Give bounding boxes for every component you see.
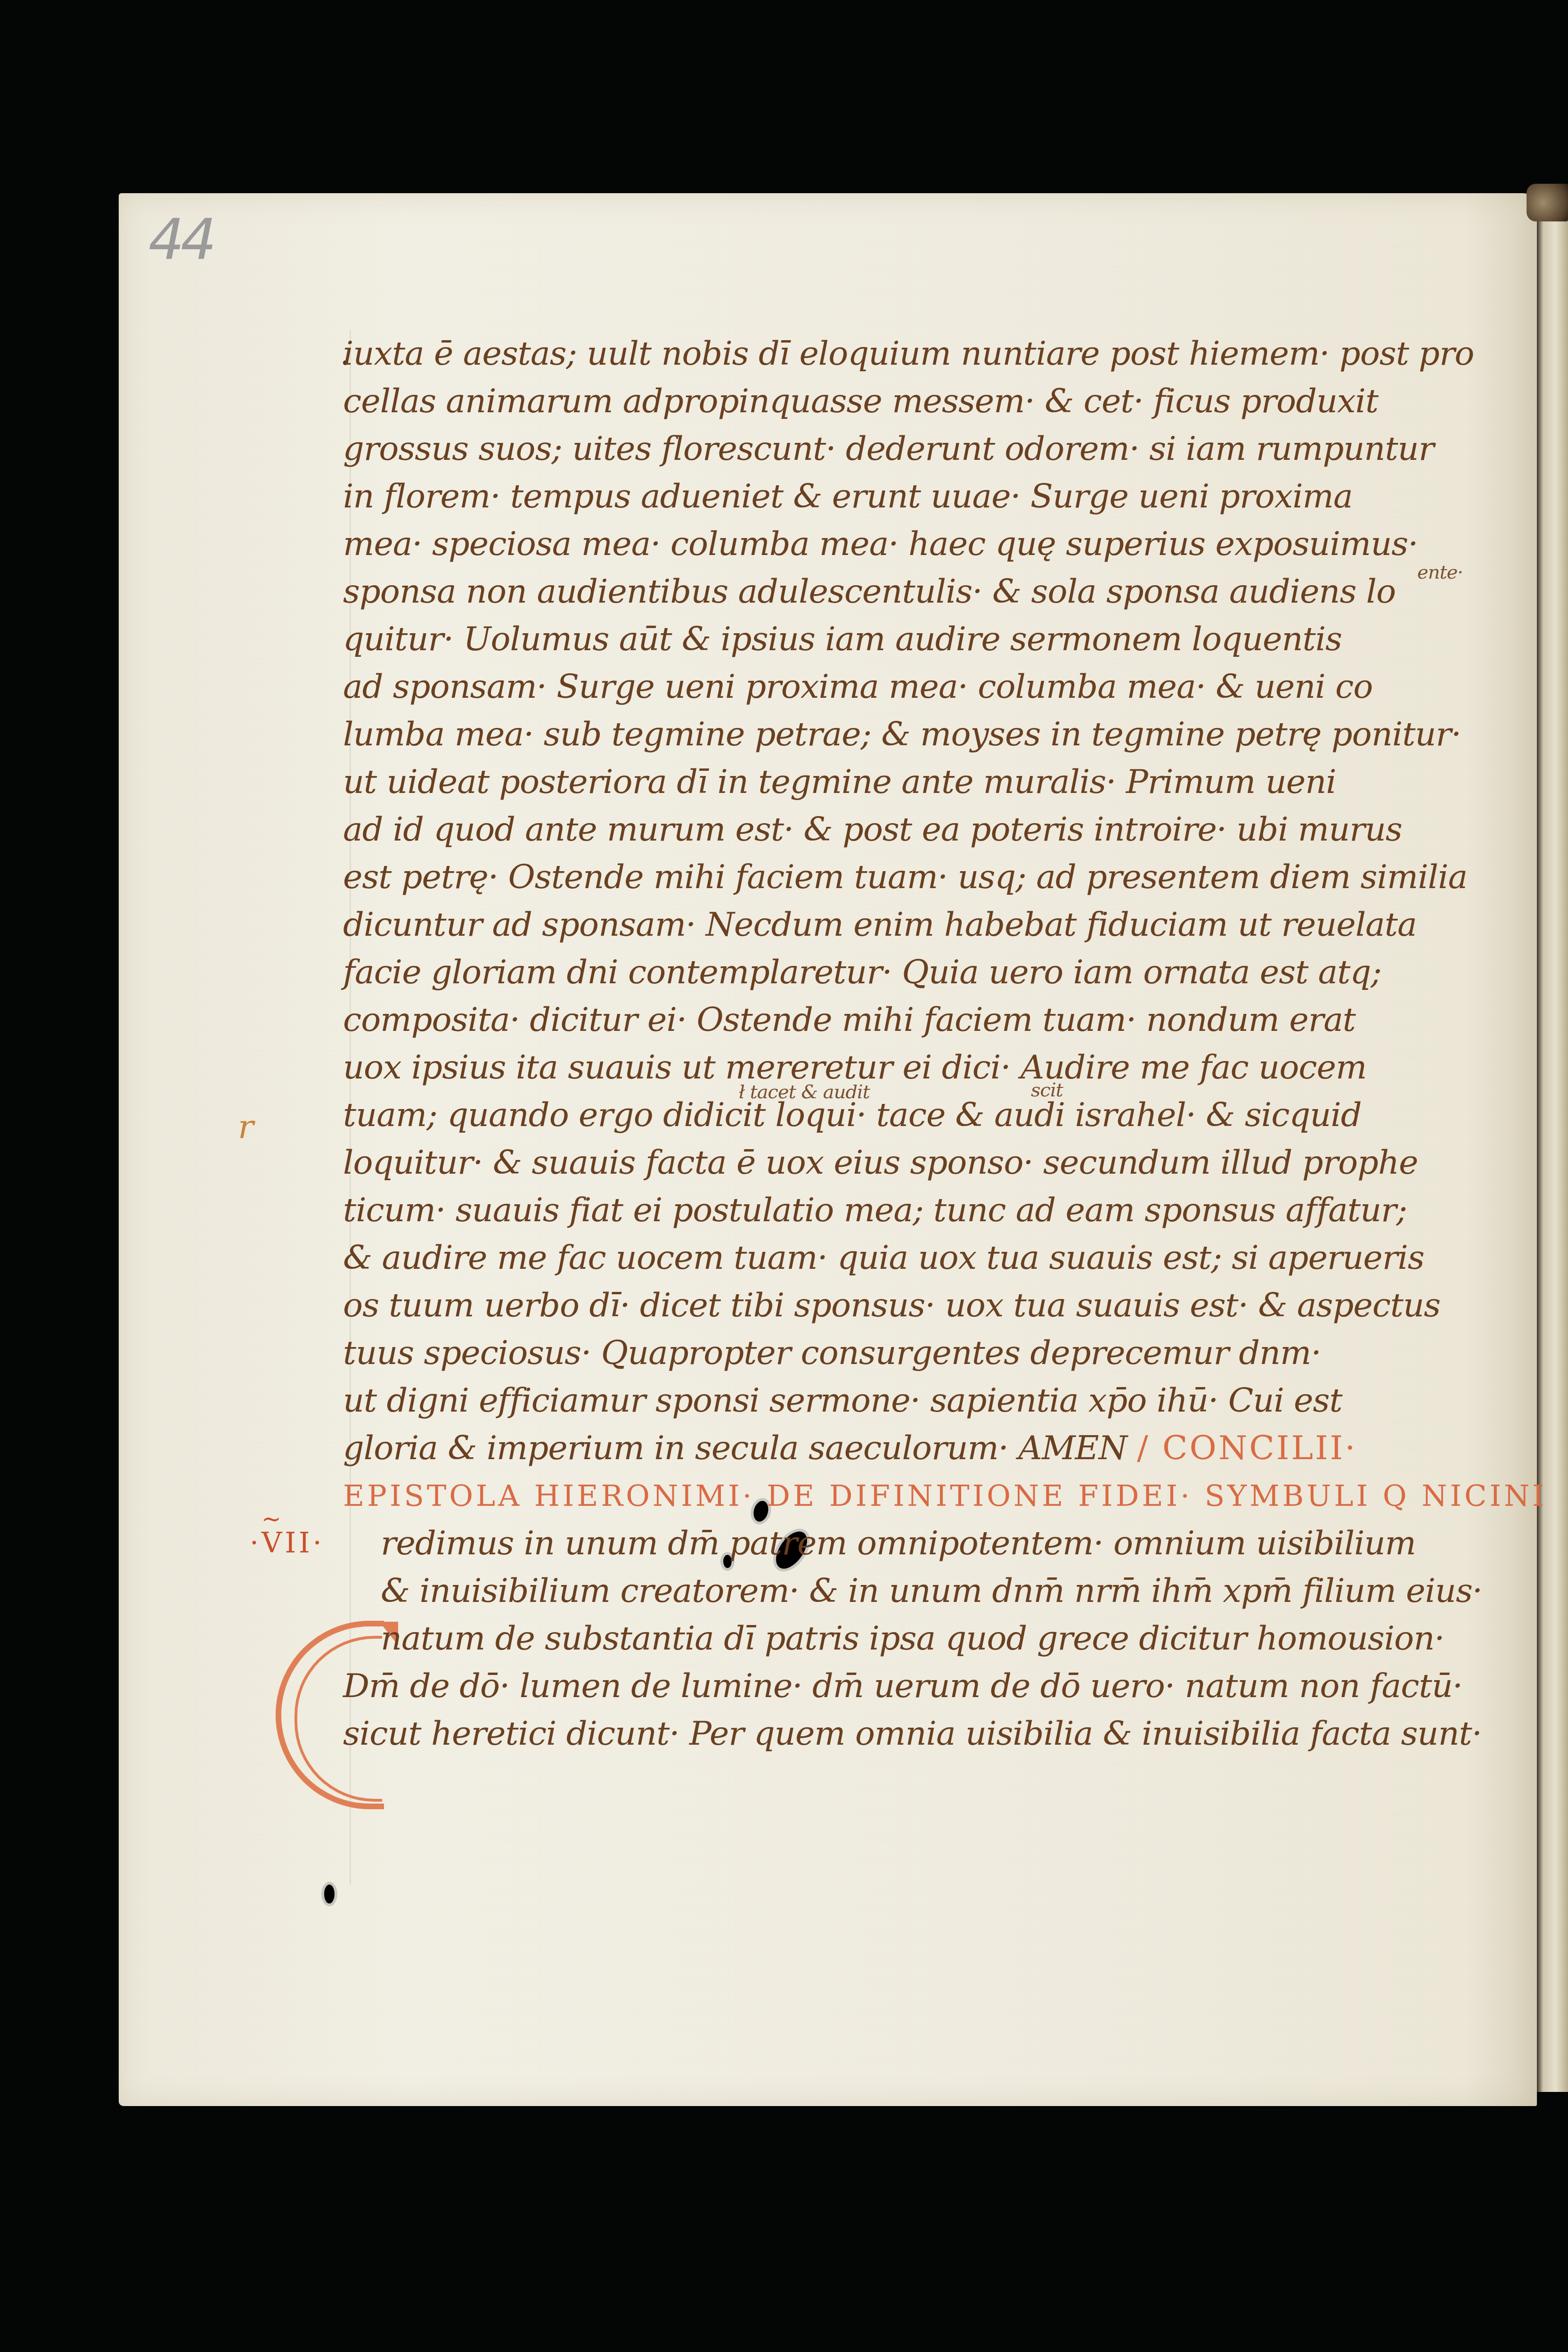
text-line: dicuntur ad sponsam· Necdum enim habebat… — [343, 901, 1488, 948]
text-line: sicut heretici dicunt· Per quem omnia ui… — [343, 1710, 1488, 1757]
text-line: tuam; quando ergo didicit loqui· tace & … — [343, 1091, 1488, 1139]
binding-tie — [1527, 184, 1568, 221]
text-line: ad id quod ante murum est· & post ea pot… — [343, 806, 1488, 853]
text-line: ticum· suauis fiat ei postulatio mea; tu… — [343, 1186, 1488, 1234]
text-line: quitur· Uolumus aūt & ipsius iam audire … — [343, 615, 1488, 663]
text-block: iuxta ē aestas; uult nobis dī eloquium n… — [343, 330, 1488, 1757]
text-line: uox ipsius ita suauis ut mereretur ei di… — [343, 1044, 1488, 1091]
text-line: cellas animarum adpropinquasse messem· &… — [343, 377, 1488, 425]
text-line: gloria & imperium in secula saeculorum· … — [343, 1424, 1488, 1472]
margin-mark: r — [238, 1107, 253, 1146]
text-line-content: sponsa non audientibus adulescentulis· &… — [343, 572, 1396, 611]
text-line: ut uideat posteriora dī in tegmine ante … — [343, 758, 1488, 806]
rubric-heading: EPISTOLA HIERONIMI· DE DIFINITIONE FIDEI… — [343, 1472, 1488, 1519]
text-line: lumba mea· sub tegmine petrae; & moyses … — [343, 710, 1488, 758]
text-line: ut digni efficiamur sponsi sermone· sapi… — [343, 1377, 1488, 1424]
text-line: loquitur· & suauis facta ē uox eius spon… — [343, 1139, 1488, 1186]
text-line: & inuisibilium creatorem· & in unum dnm̄… — [343, 1567, 1488, 1615]
text-line: grossus suos; uites florescunt· dederunt… — [343, 425, 1488, 473]
text-line: in florem· tempus adueniet & erunt uuae·… — [343, 473, 1488, 520]
interlinear-gloss: ente· — [1417, 563, 1463, 582]
interlinear-gloss: ł tacet & audit — [739, 1083, 870, 1102]
text-line: composita· dicitur ei· Ostende mihi faci… — [343, 996, 1488, 1044]
folio-number: 44 — [148, 207, 213, 273]
text-line: est petrę· Ostende mihi faciem tuam· usq… — [343, 853, 1488, 901]
text-line: mea· speciosa mea· columba mea· haec quę… — [343, 520, 1488, 568]
interlinear-gloss: scit — [1031, 1081, 1063, 1100]
text-line: Dm̄ de dō· lumen de lumine· dm̄ uerum de… — [343, 1662, 1488, 1710]
text-line: redimus in unum dm̄ patrem omnipotentem·… — [343, 1519, 1488, 1567]
chapter-number: ·VII· — [250, 1527, 325, 1560]
text-line: ad sponsam· Surge ueni proxima mea· colu… — [343, 663, 1488, 710]
rubric-tail: / CONCILII· — [1137, 1429, 1357, 1467]
text-line: sponsa non audientibus adulescentulis· &… — [343, 568, 1488, 615]
text-line: facie gloriam dni contemplaretur· Quia u… — [343, 948, 1488, 996]
text-line: tuus speciosus· Quapropter consurgentes … — [343, 1329, 1488, 1377]
text-line: & audire me fac uocem tuam· quia uox tua… — [343, 1234, 1488, 1282]
page-gutter — [1537, 203, 1568, 2092]
text-line-content: gloria & imperium in secula saeculorum· … — [343, 1429, 1127, 1467]
text-line: os tuum uerbo dī· dicet tibi sponsus· uo… — [343, 1282, 1488, 1329]
text-line: natum de substantia dī patris ipsa quod … — [343, 1615, 1488, 1662]
parchment-hole — [324, 1885, 335, 1903]
text-line: iuxta ē aestas; uult nobis dī eloquium n… — [343, 330, 1488, 377]
